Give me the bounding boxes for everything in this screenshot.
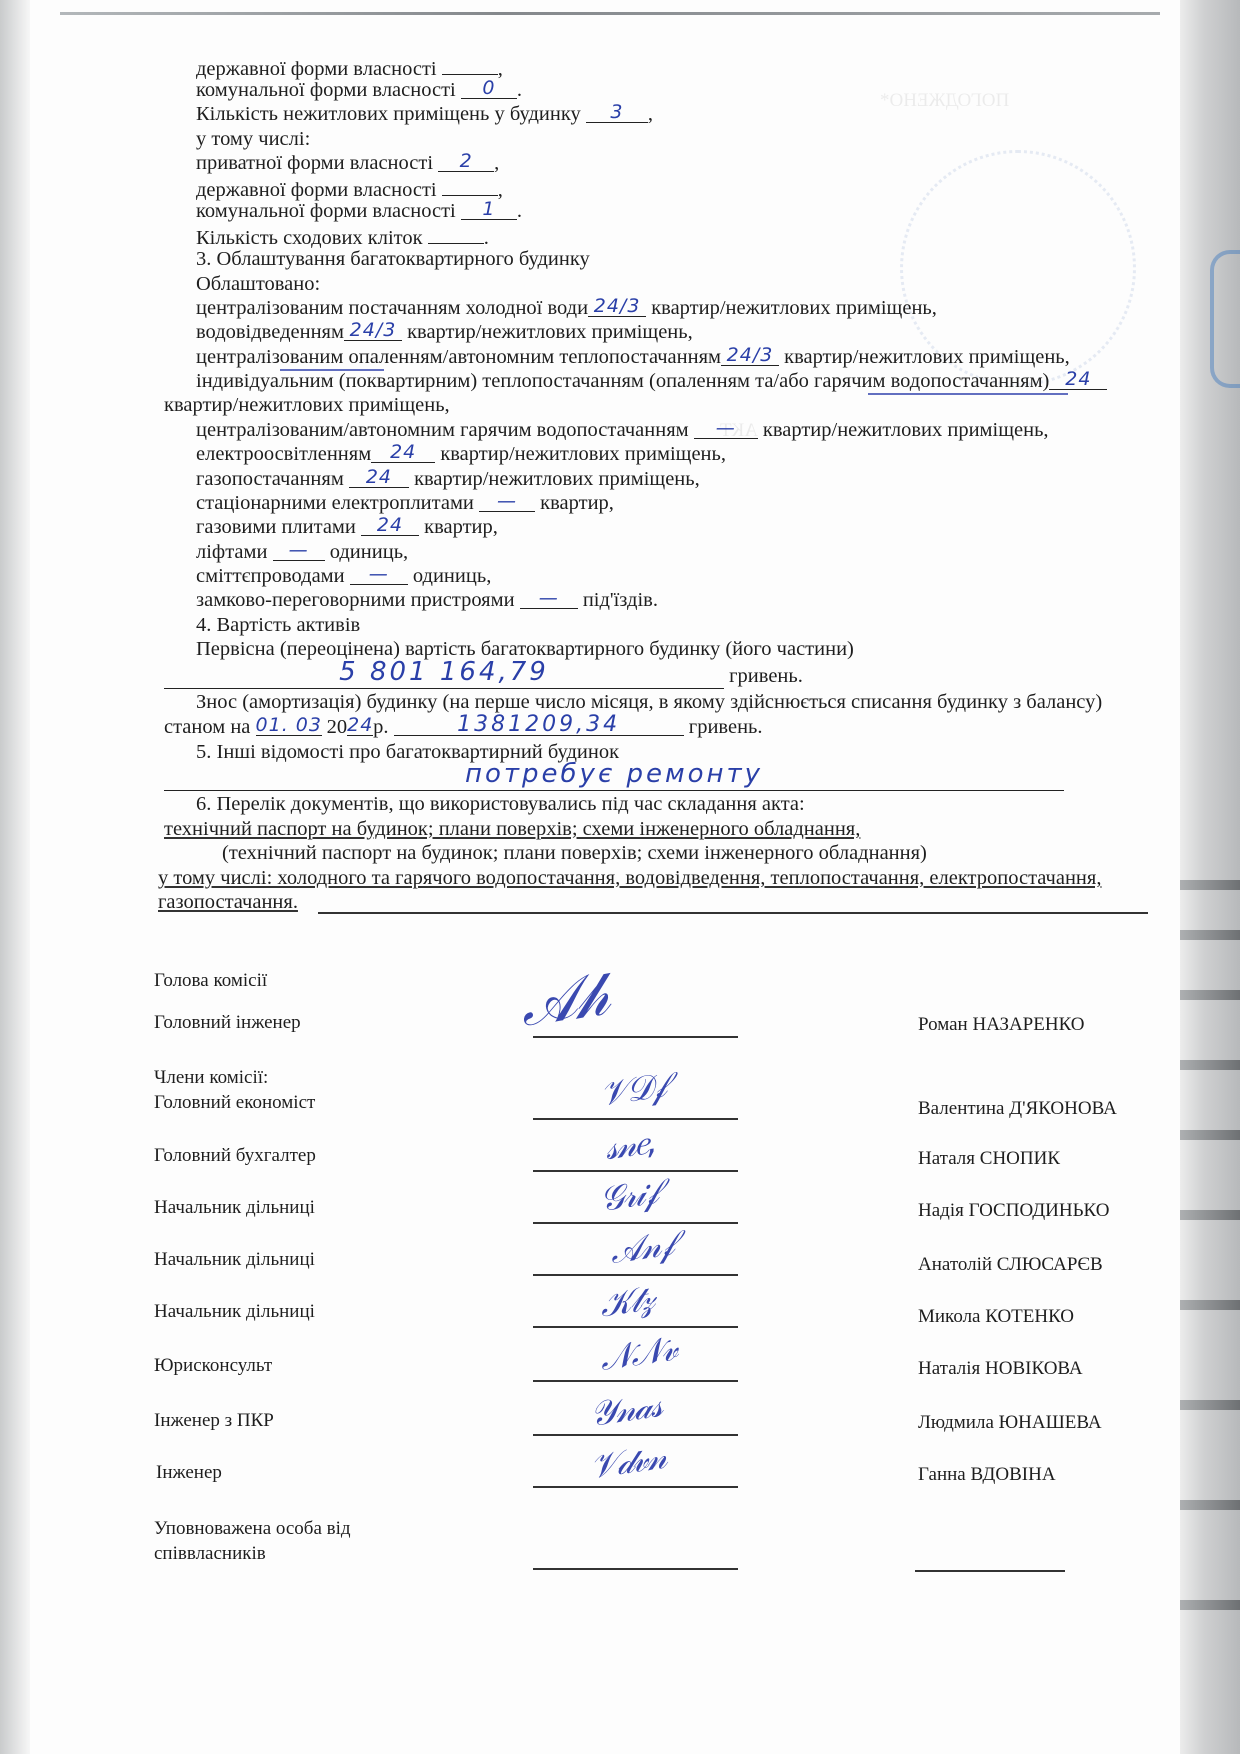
signatory-role: Інженер — [156, 1462, 222, 1484]
signature-line[interactable] — [533, 1170, 738, 1172]
pen-underline-mark — [868, 393, 1068, 395]
signatory-name: Наталія НОВІКОВА — [918, 1358, 1083, 1380]
section6-documents-line1: технічний паспорт на будинок; плани пове… — [164, 817, 860, 841]
equip-row-heating: централізованим опаленням/автономним теп… — [196, 345, 1070, 369]
as-of-date-field[interactable]: 01. 03 — [256, 715, 322, 736]
equip-row-electric-light: електроосвітленням24 квартир/нежитлових … — [196, 442, 726, 466]
signatory-role: Начальник дільниці — [154, 1249, 315, 1271]
signatory-name: Роман НАЗАРЕНКО — [918, 1014, 1085, 1036]
bleed-through-text: ПОГОДЖЕНО* — [880, 90, 1009, 112]
nonresidential-private-row: приватної форми власності 2, — [196, 151, 499, 175]
equip-row-gas-stoves: газовими плитами 24 квартир, — [196, 515, 498, 539]
signature-line[interactable] — [533, 1486, 738, 1488]
binding-stripe — [1180, 990, 1240, 1000]
signatory-role: Головний економіст — [154, 1092, 315, 1114]
equip-row-garbage-chutes: сміттєпроводами — одиниць, — [196, 564, 491, 588]
section4-title: 4. Вартість активів — [196, 613, 360, 637]
section3-equipped-label: Облаштовано: — [196, 272, 320, 296]
section4-depreciation-label: Знос (амортизація) будинку (на перше чис… — [196, 690, 1102, 714]
equip-gas-field[interactable]: 24 — [349, 467, 409, 488]
section6-fill-line — [318, 912, 1148, 914]
binding-stripe — [1180, 1600, 1240, 1610]
signatory-name: Ганна ВДОВІНА — [918, 1464, 1056, 1486]
section3-title: 3. Облаштування багатоквартирного будинк… — [196, 247, 590, 271]
equip-row-intercoms: замково-переговорними пристроями — під'ї… — [196, 588, 658, 612]
binding-stripe — [1180, 1210, 1240, 1220]
nonresidential-state-row: державної форми власності , — [196, 175, 503, 202]
equip-gas-stoves-field[interactable]: 24 — [361, 515, 419, 536]
initial-value-field[interactable]: 5 801 164,79 — [164, 662, 724, 689]
signature-line[interactable] — [533, 1434, 738, 1436]
binding-stripe — [1180, 1060, 1240, 1070]
section6-documents-line2: у тому числі: холодного та гарячого водо… — [158, 866, 1101, 890]
signatory-name: Анатолій СЛЮСАРЄВ — [918, 1254, 1103, 1276]
signature-line[interactable] — [533, 1036, 738, 1038]
equip-row-individual-heating: індивідуальним (поквартирним) теплопоста… — [196, 369, 1107, 393]
ownership-state-field[interactable] — [442, 54, 498, 75]
commission-head-label: Голова комісії — [154, 970, 267, 992]
equip-row-individual-heating-unit: квартир/нежитлових приміщень, — [164, 393, 450, 417]
signature-mark: 𝒱𝒟𝒻 — [598, 1066, 668, 1115]
signatory-role: Головний інженер — [154, 1012, 301, 1034]
equip-row-electric-stoves: стаціонарними електроплитами — квартир, — [196, 491, 614, 515]
page-top-edge — [60, 12, 1160, 15]
signature-mark: 𝒢𝓇𝒾𝒻 — [597, 1172, 659, 1219]
equip-hot-water-field[interactable]: — — [694, 418, 758, 439]
binding-stripe — [1180, 1300, 1240, 1310]
co-owner-label: Уповноважена особа від — [154, 1518, 351, 1540]
signatory-role: Інженер з ПКР — [154, 1410, 274, 1432]
ownership-communal-row: комунальної форми власності 0. — [196, 78, 522, 102]
equip-individual-heating-field[interactable]: 24 — [1049, 369, 1107, 390]
signatory-name: Наталя СНОПИК — [918, 1148, 1060, 1170]
nonresidential-private-field[interactable]: 2 — [438, 151, 494, 172]
co-owner-signature-line[interactable] — [533, 1568, 738, 1570]
binding-stripe — [1180, 930, 1240, 940]
equip-electric-stoves-field[interactable]: — — [479, 491, 535, 512]
equip-heating-field[interactable]: 24/3 — [721, 345, 779, 366]
stairwells-field[interactable] — [428, 223, 484, 244]
signatory-role: Юрисконсульт — [154, 1355, 272, 1377]
other-info-field[interactable]: потребує ремонту — [164, 764, 1064, 791]
nonresidential-count-field[interactable]: 3 — [586, 102, 648, 123]
signature-line[interactable] — [533, 1326, 738, 1328]
ownership-state-row: державної форми власності , — [196, 54, 503, 81]
signatory-name: Микола КОТЕНКО — [918, 1306, 1074, 1328]
signatory-role: Головний бухгалтер — [154, 1145, 316, 1167]
signatory-role: Начальник дільниці — [154, 1197, 315, 1219]
equip-row-cold-water: централізованим постачанням холодної вод… — [196, 296, 937, 320]
signature-line[interactable] — [533, 1222, 738, 1224]
nonresidential-communal-field[interactable]: 1 — [461, 199, 517, 220]
as-of-year-field[interactable]: 24 — [347, 715, 373, 736]
stamp-edge-icon — [1210, 250, 1240, 388]
signature-mark: 𝒜𝓃𝒻 — [608, 1224, 675, 1272]
equip-row-gas: газопостачанням 24 квартир/нежитлових пр… — [196, 467, 700, 491]
equip-cold-water-field[interactable]: 24/3 — [588, 296, 646, 317]
signatory-name: Валентина Д'ЯКОНОВА — [918, 1098, 1117, 1120]
nonresidential-including: у тому числі: — [196, 127, 310, 151]
equip-row-sewerage: водовідведенням24/3 квартир/нежитлових п… — [196, 320, 693, 344]
equip-electric-light-field[interactable]: 24 — [371, 442, 435, 463]
co-owner-name-line[interactable] — [915, 1570, 1065, 1572]
equip-row-elevators: ліфтами — одиниць, — [196, 540, 408, 564]
signature-mark: 𝒴𝓃𝒶𝓈 — [588, 1385, 664, 1434]
signature-mark: 𝒩𝒩𝓋 — [598, 1329, 679, 1379]
section5-row: потребує ремонту — [164, 764, 1064, 791]
signature-line[interactable] — [533, 1274, 738, 1276]
binding-stripe — [1180, 1500, 1240, 1510]
binding-stripe — [1180, 1400, 1240, 1410]
binding-stripe — [1180, 880, 1240, 890]
nonresidential-communal-row: комунальної форми власності 1. — [196, 199, 522, 223]
section4-depreciation-row: станом на 01. 03 2024р. 1381209,34 гриве… — [164, 715, 763, 739]
signature-mark: 𝒱𝒹𝓋𝓃 — [588, 1437, 668, 1487]
co-owner-label-2: співвласників — [154, 1543, 266, 1565]
signature-mark: 𝒦𝓉𝓏 — [597, 1279, 655, 1326]
signature-line[interactable] — [533, 1380, 738, 1382]
equip-garbage-chutes-field[interactable]: — — [350, 564, 408, 585]
signatory-role: Начальник дільниці — [154, 1301, 315, 1323]
nonresidential-count-row: Кількість нежитлових приміщень у будинку… — [196, 102, 653, 126]
signatory-name: Надія ГОСПОДИНЬКО — [918, 1200, 1109, 1222]
ownership-communal-field[interactable]: 0 — [461, 78, 517, 99]
equip-sewerage-field[interactable]: 24/3 — [344, 320, 402, 341]
stairwells-row: Кількість сходових кліток . — [196, 223, 489, 250]
signature-mark: 𝒜𝒽 — [516, 959, 612, 1040]
signatory-name: Людмила ЮНАШЕВА — [918, 1412, 1102, 1434]
commission-members-label: Члени комісії: — [154, 1067, 268, 1089]
equip-elevators-field[interactable]: — — [273, 540, 325, 561]
scan-left-shadow — [0, 0, 30, 1754]
depreciation-value-field[interactable]: 1381209,34 — [394, 715, 684, 736]
equip-row-hot-water: централізованим/автономним гарячим водоп… — [196, 418, 1049, 442]
section4-initial-row: 5 801 164,79 гривень. — [164, 662, 803, 689]
signature-line[interactable] — [533, 1118, 738, 1120]
signature-mark: 𝓈𝓃𝑒, — [602, 1122, 657, 1169]
equip-intercoms-field[interactable]: — — [520, 588, 578, 609]
nonresidential-state-field[interactable] — [442, 175, 498, 196]
section6-title: 6. Перелік документів, що використовувал… — [196, 792, 805, 816]
section6-documents-line3: газопостачання. — [158, 890, 298, 914]
binding-stripe — [1180, 1130, 1240, 1140]
section6-hint: (технічний паспорт на будинок; плани пов… — [222, 841, 927, 865]
